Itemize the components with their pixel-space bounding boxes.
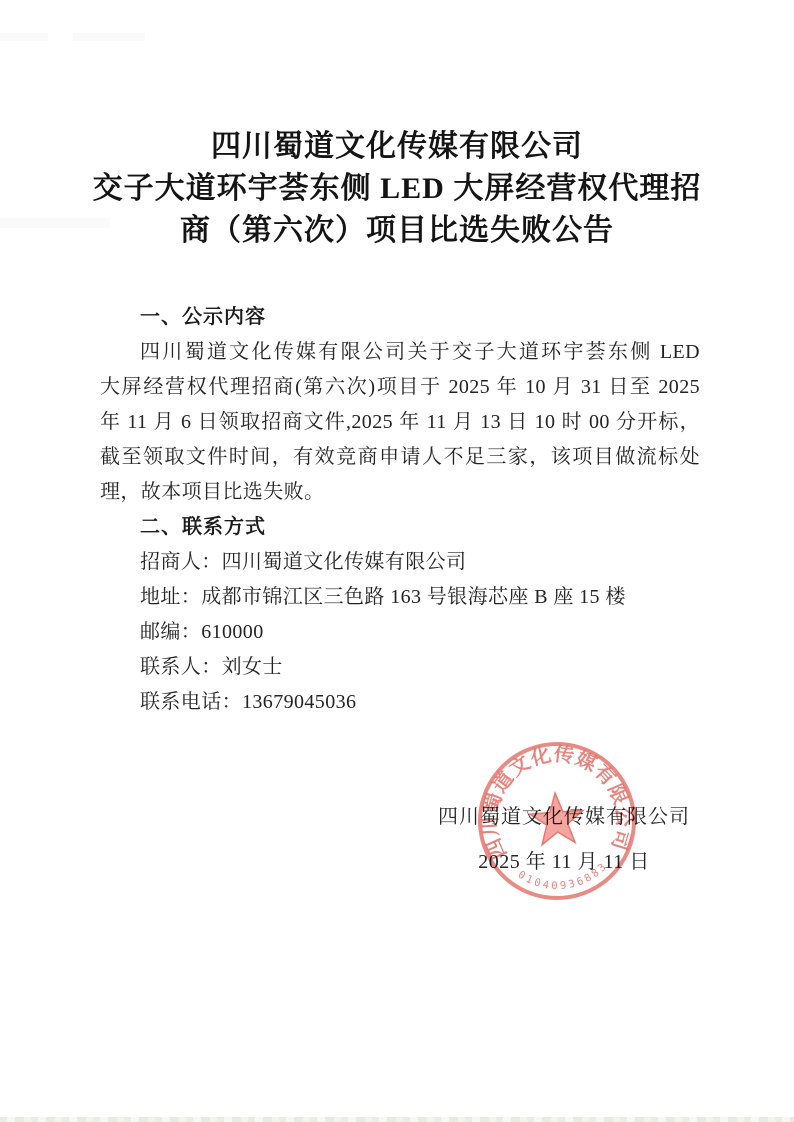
section1-heading: 一、公示内容 bbox=[100, 300, 700, 335]
paragraph-line: 理，故本项目比选失败。 bbox=[100, 475, 700, 510]
paragraph-line: 大屏经营权代理招商(第六次)项目于 2025 年 10 月 31 日至 2025 bbox=[100, 370, 700, 405]
svg-text:01040936883: 01040936883 bbox=[515, 859, 612, 895]
document-body: 一、公示内容 四川蜀道文化传媒有限公司关于交子大道环宇荟东侧 LED 大屏经营权… bbox=[100, 300, 700, 720]
title-line-2: 交子大道环宇荟东侧 LED 大屏经营权代理招 bbox=[0, 168, 794, 210]
scan-artifact bbox=[73, 33, 145, 41]
document-page: 四川蜀道文化传媒有限公司 交子大道环宇荟东侧 LED 大屏经营权代理招 商（第六… bbox=[0, 0, 794, 1122]
contact-line-tenderer: 招商人：四川蜀道文化传媒有限公司 bbox=[100, 545, 700, 580]
title-line-1: 四川蜀道文化传媒有限公司 bbox=[0, 126, 794, 168]
seal-star-icon bbox=[529, 791, 586, 845]
scan-artifact bbox=[0, 218, 110, 228]
contact-line-postcode: 邮编：610000 bbox=[100, 615, 700, 650]
scan-artifact bbox=[0, 33, 48, 41]
paragraph-line: 年 11 月 6 日领取招商文件,2025 年 11 月 13 日 10 时 0… bbox=[100, 405, 700, 440]
company-seal: 四川蜀道文化传媒有限公司 01040936883 bbox=[466, 730, 647, 911]
scan-edge-band bbox=[0, 1117, 794, 1122]
contact-line-phone: 联系电话：13679045036 bbox=[100, 685, 700, 720]
contact-line-address: 地址：成都市锦江区三色路 163 号银海芯座 B 座 15 楼 bbox=[100, 580, 700, 615]
announcement-title: 四川蜀道文化传媒有限公司 交子大道环宇荟东侧 LED 大屏经营权代理招 商（第六… bbox=[0, 126, 794, 252]
seal-number-text: 01040936883 bbox=[515, 859, 612, 895]
paragraph-line: 四川蜀道文化传媒有限公司关于交子大道环宇荟东侧 LED bbox=[100, 335, 700, 370]
title-line-3: 商（第六次）项目比选失败公告 bbox=[0, 210, 794, 252]
section2-heading: 二、联系方式 bbox=[100, 510, 700, 545]
paragraph-line: 截至领取文件时间，有效竞商申请人不足三家，该项目做流标处 bbox=[100, 440, 700, 475]
contact-line-person: 联系人：刘女士 bbox=[100, 650, 700, 685]
